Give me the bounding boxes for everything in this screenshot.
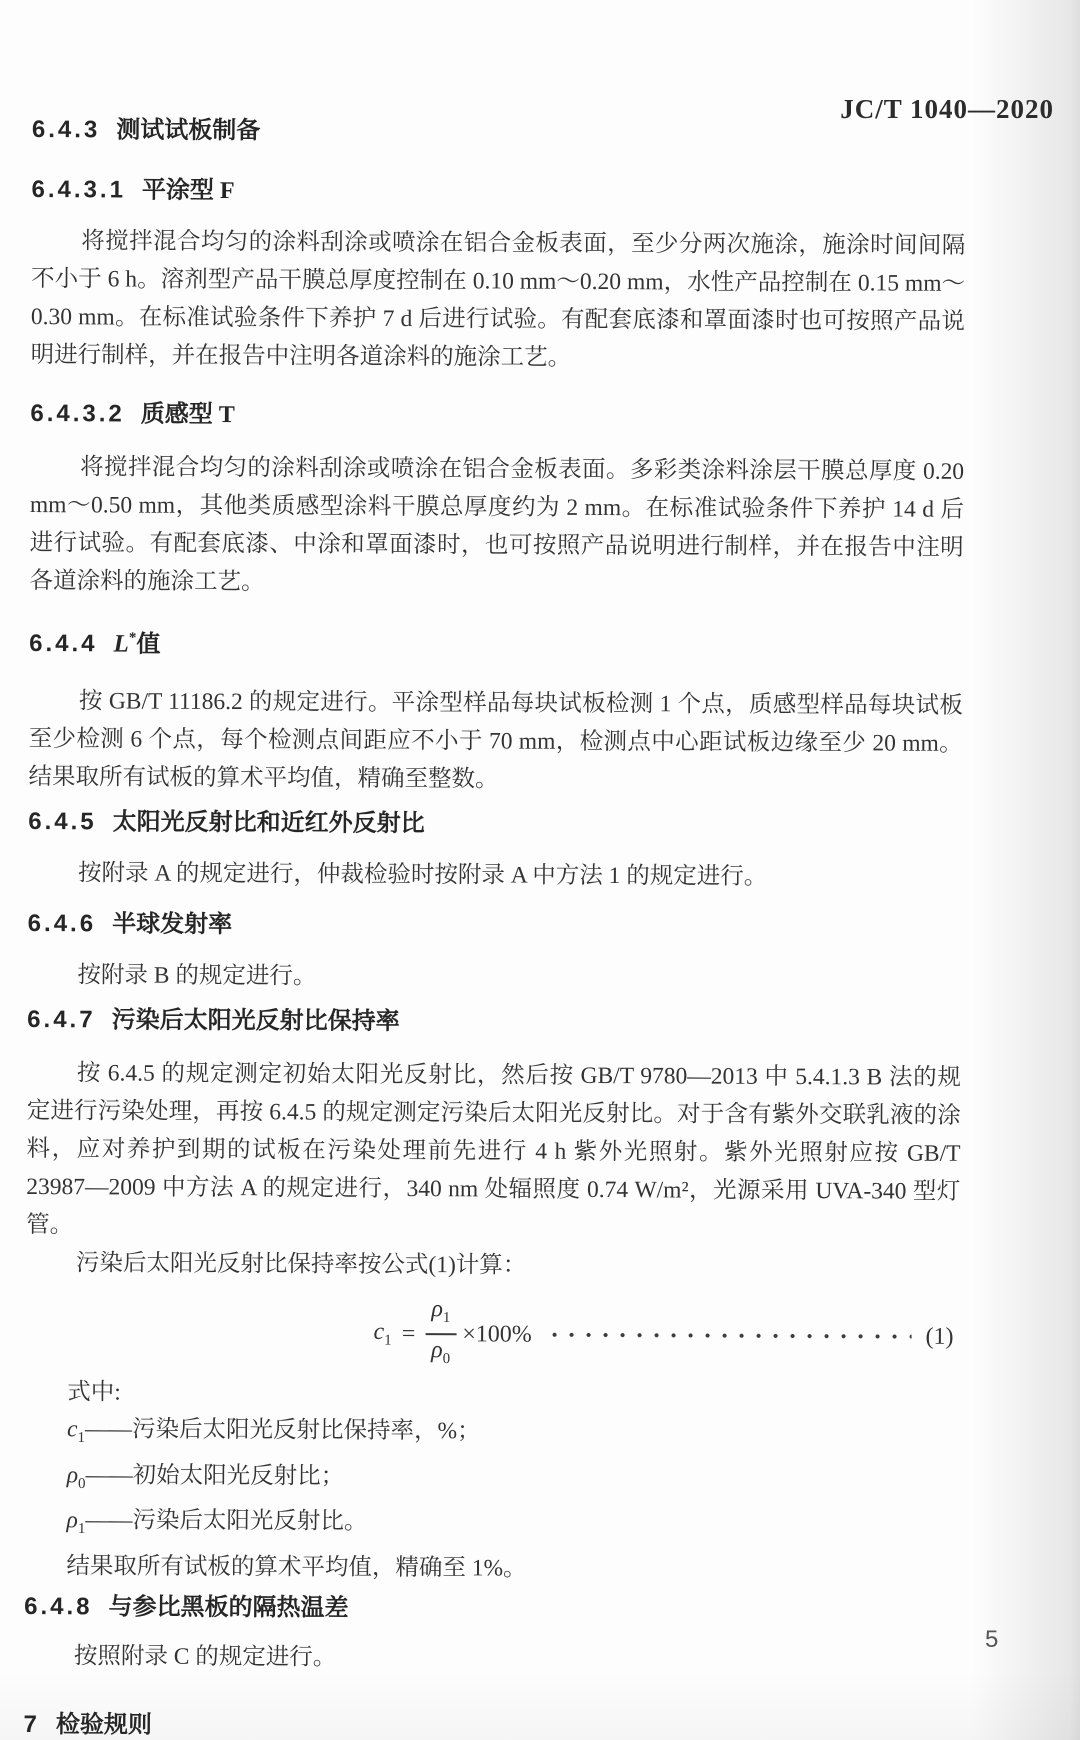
- definition-rho0: ρ0——初始太阳光反射比；: [67, 1457, 959, 1507]
- page-number: 5: [985, 1626, 998, 1654]
- section-title: 质感型: [141, 401, 213, 428]
- definition-text: ——初始太阳光反射比；: [86, 1462, 345, 1489]
- paragraph-textured-coating: 将搅拌混合均匀的涂料刮涂或喷涂在铝合金板表面。多彩类涂料涂层干膜总厚度 0.20…: [29, 448, 964, 605]
- lstar-symbol: L*: [114, 631, 137, 658]
- fraction-denominator: ρ0: [425, 1335, 456, 1374]
- section-title: 平涂型: [142, 177, 214, 204]
- section-title-suffix: T: [219, 402, 235, 428]
- equation-number: (1): [926, 1323, 954, 1350]
- dot-leader: [552, 1332, 912, 1340]
- section-heading-6-4-3: 6.4.3测试试板制备: [32, 114, 966, 151]
- section-heading-6-4-3-1: 6.4.3.1平涂型F: [31, 174, 965, 211]
- paragraph-hemispherical-emissivity: 按附录 B 的规定进行。: [27, 956, 961, 999]
- section-heading-6-4-6: 6.4.6半球发射率: [28, 908, 962, 945]
- section-number: 6.4.7: [27, 1006, 96, 1033]
- section-title: 检验规则: [56, 1711, 152, 1739]
- page-content: 6.4.3测试试板制备 6.4.3.1平涂型F 将搅拌混合均匀的涂料刮涂或喷涂在…: [23, 0, 966, 1740]
- section-title-suffix: F: [220, 178, 235, 204]
- fraction-numerator: ρ1: [425, 1294, 456, 1335]
- section-heading-6-4-3-2: 6.4.3.2质感型T: [30, 398, 964, 435]
- section-title: 测试试板制备: [116, 116, 260, 144]
- equals-sign: =: [402, 1321, 416, 1348]
- formula-lhs: c1: [373, 1319, 391, 1350]
- equation-1: c1 = ρ1 ρ0 ×100% (1): [25, 1292, 959, 1376]
- section-heading-7: 7检验规则: [23, 1709, 957, 1740]
- section-heading-6-4-8: 6.4.8与参比黑板的隔热温差: [24, 1591, 958, 1628]
- symbol-rho1: ρ1: [67, 1508, 86, 1534]
- section-title: 值: [136, 631, 160, 658]
- section-title: 污染后太阳光反射比保持率: [112, 1007, 400, 1036]
- section-number: 6.4.3.1: [31, 176, 126, 203]
- where-label: 式中:: [67, 1374, 959, 1416]
- section-number: 6.4.8: [24, 1593, 93, 1620]
- paragraph-pollution-retention: 按 6.4.5 的规定测定初始太阳光反射比，然后按 GB/T 9780—2013…: [26, 1054, 961, 1249]
- scanned-document-page: JC/T 1040—2020 6.4.3测试试板制备 6.4.3.1平涂型F 将…: [0, 0, 1080, 1740]
- definition-text: ——污染后太阳光反射比。: [85, 1508, 367, 1535]
- section-title: 与参比黑板的隔热温差: [108, 1593, 348, 1621]
- paragraph-flat-coating: 将搅拌混合均匀的涂料刮涂或喷涂在铝合金板表面，至少分两次施涂，施涂时间间隔不小于…: [31, 222, 966, 379]
- section-number: 6.4.3.2: [30, 400, 125, 427]
- formula-body: c1 = ρ1 ρ0 ×100%: [373, 1294, 532, 1374]
- section-number: 6.4.3: [32, 116, 101, 143]
- symbol-rho0: ρ0: [67, 1462, 86, 1488]
- paragraph-lstar-value: 按 GB/T 11186.2 的规定进行。平涂型样品每块试板检测 1 个点，质感…: [28, 682, 963, 801]
- definition-text: ——污染后太阳光反射比保持率，%；: [85, 1416, 481, 1444]
- paragraph-heat-insulation: 按照附录 C 的规定进行。: [24, 1637, 958, 1680]
- definition-c1: c1——污染后太阳光反射比保持率，%；: [67, 1411, 959, 1461]
- paragraph-formula-intro: 污染后太阳光反射比保持率按公式(1)计算：: [26, 1244, 960, 1287]
- section-title: 半球发射率: [112, 911, 232, 939]
- times-100-percent: ×100%: [462, 1321, 532, 1348]
- result-note: 结果取所有试板的算术平均值，精确至 1%。: [66, 1548, 958, 1590]
- paragraph-solar-reflectance: 按附录 A 的规定进行，仲裁检验时按附录 A 中方法 1 的规定进行。: [28, 854, 962, 897]
- section-heading-6-4-5: 6.4.5太阳光反射比和近红外反射比: [28, 806, 962, 843]
- fraction: ρ1 ρ0: [425, 1294, 456, 1374]
- section-number: 7: [23, 1711, 40, 1738]
- section-number: 6.4.6: [28, 910, 97, 937]
- formula-indent: [26, 1332, 374, 1334]
- section-title: 太阳光反射比和近红外反射比: [113, 809, 425, 838]
- section-number: 6.4.4: [29, 630, 98, 657]
- section-heading-6-4-7: 6.4.7污染后太阳光反射比保持率: [27, 1004, 961, 1041]
- symbol-c1: c1: [67, 1416, 85, 1442]
- section-heading-6-4-4: 6.4.4L*值: [29, 622, 963, 665]
- section-number: 6.4.5: [28, 808, 97, 835]
- definition-rho1: ρ1——污染后太阳光反射比。: [66, 1503, 958, 1553]
